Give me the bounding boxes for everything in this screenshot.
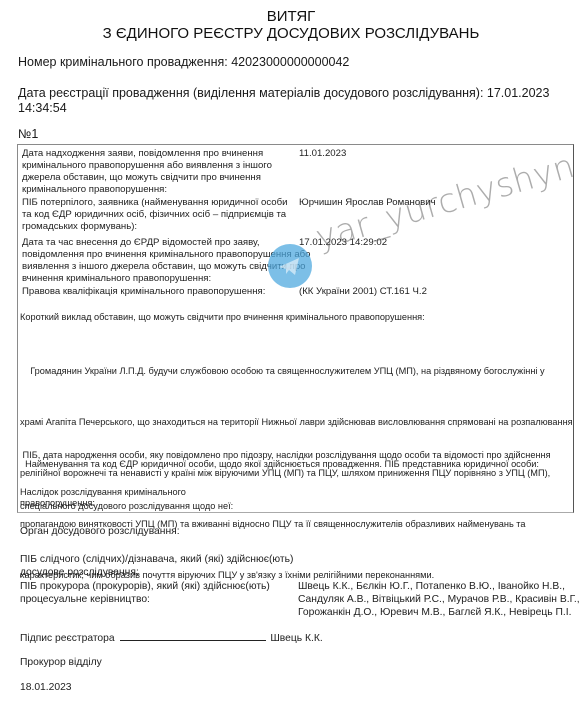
signature-line [120, 630, 266, 641]
registration-date: Дата реєстрації провадження (виділення м… [18, 85, 549, 101]
result-label: Наслідок розслідування кримінального пра… [20, 487, 186, 509]
section-number: №1 [18, 126, 38, 142]
position-label: Прокурор відділу [20, 656, 102, 669]
legal-entity-label: Найменування та код ЄДР юридичної особи,… [20, 456, 568, 473]
document-title-line2: З ЄДИНОГО РЕЄСТРУ ДОСУДОВИХ РОЗСЛІДУВАНЬ [0, 25, 582, 43]
qualification-label: Правова кваліфікація кримінального право… [22, 286, 265, 298]
investigation-body-label: Орган досудового розслідування: [20, 525, 180, 538]
investigator-label: ПІБ слідчого (слідчих)/дізнавача, який (… [20, 553, 293, 579]
receipt-date-value: 11.01.2023 [299, 148, 346, 160]
signature-label: Підпис реєстратора [20, 633, 115, 644]
summary-label: Короткий виклад обставин, що можуть свід… [20, 309, 568, 326]
qualification-value: (КК України 2001) СТ.161 Ч.2 [299, 286, 427, 298]
signature-name: Швець К.К. [270, 633, 322, 644]
registration-time: 14:34:54 [18, 100, 67, 116]
case-number: Номер кримінального провадження: 4202300… [18, 54, 349, 70]
registrar-signature: Підпис реєстратора Швець К.К. [20, 630, 323, 645]
prosecutor-label: ПІБ прокурора (прокурорів), який (які) з… [20, 580, 270, 606]
receipt-date-label: Дата надходження заяви, повідомлення про… [22, 148, 272, 196]
watermark-telegram-icon [268, 244, 312, 288]
prosecutors-list: Швець К.К., Бєлкін Ю.Г., Потапенко В.Ю.,… [298, 580, 580, 619]
document-title-line1: ВИТЯГ [0, 8, 582, 26]
document-date: 18.01.2023 [20, 681, 72, 694]
victim-label: ПІБ потерпілого, заявника (найменування … [22, 197, 287, 233]
